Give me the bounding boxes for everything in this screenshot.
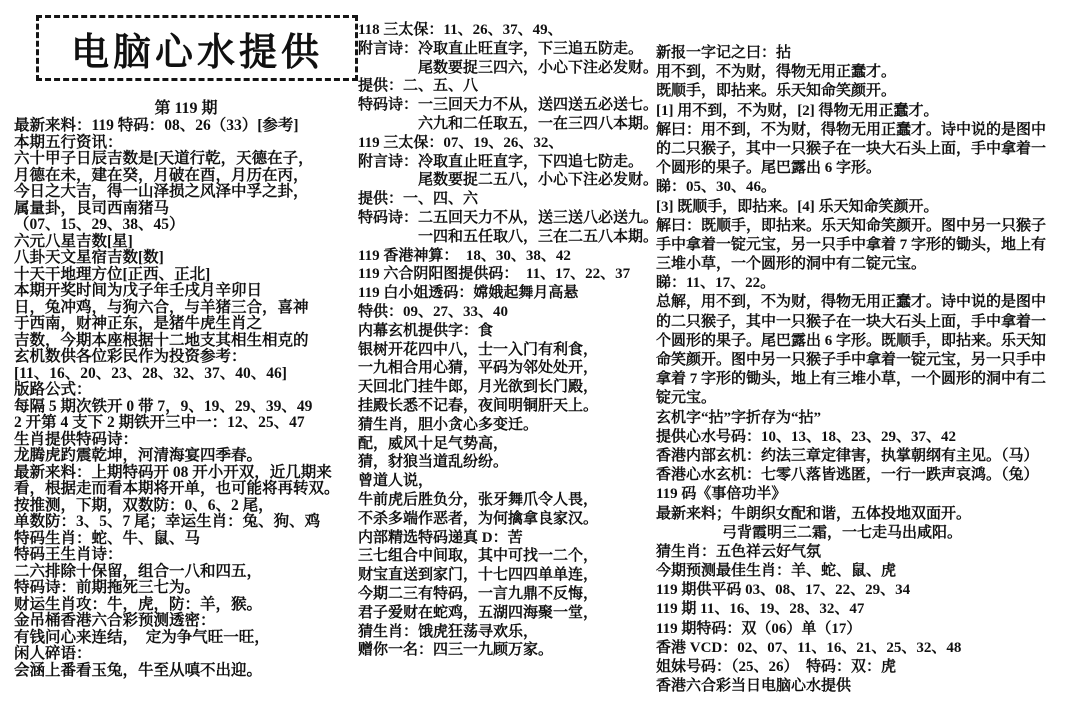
text-line: 三堆小草，一个圆形的洞中有二锭元宝。 <box>656 255 1080 274</box>
text-line: 香港六合彩当日电脑心水提供 <box>656 677 1080 696</box>
text-line: 119 期 11、16、19、28、32、47 <box>656 600 1080 619</box>
text-line: 特码王生肖诗： <box>14 547 358 564</box>
text-line: 拿着 7 字形的锄头，地上有三堆小草，一个圆形的洞中有二 <box>656 370 1080 389</box>
text-line: 六九和二任取五，一在三四八本期。 <box>358 115 658 134</box>
right-column-lines: 新报一字记之曰：拈用不到，不为财，得物无用正蠢才。既顺手，即拈来。乐天知命笑颜开… <box>656 44 1080 696</box>
text-line: 属量卦，艮司西南猪马 <box>14 201 358 218</box>
middle-column-lines: 118 三太保：11、26、37、49、附言诗：冷取直止旺直字，下三追五防走。尾… <box>358 21 658 660</box>
left-column-lines: 最新来料：119 特码：08、26（33）[参考]本期五行资讯：六十甲子日辰吉数… <box>14 118 358 679</box>
text-line: （07、15、29、38、45） <box>14 217 358 234</box>
tip-sheet-page: 电脑心水提供 第 119 期 最新来料：119 特码：08、26（33）[参考]… <box>0 0 1080 712</box>
text-line: 解曰：既顺手，即拈来。乐天知命笑颜开。图中另一只猴子 <box>656 217 1080 236</box>
text-line: 个圆形的果子。尾巴露出 6 字形。 <box>656 159 1080 178</box>
text-line: 提供：二、五、八 <box>358 77 658 96</box>
text-line: 每隔 5 期次铁开 0 带 7，9、19、29、39、49 <box>14 399 358 416</box>
text-line: 本期五行资讯： <box>14 135 358 152</box>
text-line: 119 六合阴阳图提供码： 11、17、22、37 <box>358 265 658 284</box>
left-column: 最新来料：119 特码：08、26（33）[参考]本期五行资讯：六十甲子日辰吉数… <box>14 99 358 679</box>
text-line: 119 期供平码 03、08、17、22、29、34 <box>656 581 1080 600</box>
text-line: 生肖提供特码诗： <box>14 432 358 449</box>
text-line: 不杀多端作恶者，为何擒拿良家汉。 <box>358 510 658 529</box>
text-line: 命笑颜开。图中另一只猴子手中拿着一锭元宝，另一只手中 <box>656 351 1080 370</box>
text-line: 锭元宝。 <box>656 389 1080 408</box>
right-column: 新报一字记之曰：拈用不到，不为财，得物无用正蠢才。既顺手，即拈来。乐天知命笑颜开… <box>656 44 1080 696</box>
text-line: 内幕玄机提供字：食 <box>358 322 658 341</box>
text-line: 用不到，不为财，得物无用正蠢才。 <box>656 63 1080 82</box>
text-line: 特码诗：前期拖死三七为。 <box>14 580 358 597</box>
text-line: 特供：09、27、33、40 <box>358 303 658 322</box>
text-line: 特码诗：二五回天力不从，送三送八必送九。 <box>358 209 658 228</box>
text-line: 猜，豺狼当道乱纷纷。 <box>358 453 658 472</box>
text-line: 香港 VCD：02、07、11、16、21、25、32、48 <box>656 639 1080 658</box>
text-line: 119 白小姐透码：嫦娥起舞月高悬 <box>358 284 658 303</box>
text-line: 君子爱财在蛇鸡，五湖四海聚一堂， <box>358 604 658 623</box>
text-line: 单数防：3、5、7 尾；幸运生肖：兔、狗、鸡 <box>14 514 358 531</box>
text-line: 于西南，财神正东，是猪牛虎生肖之 <box>14 316 358 333</box>
text-line: 新报一字记之曰：拈 <box>656 44 1080 63</box>
text-line: 解曰：用不到，不为财，得物无用正蠢才。诗中说的是图中 <box>656 121 1080 140</box>
text-line: 有钱问心来连结， 定为争气旺一旺， <box>14 630 358 647</box>
text-line: 最新来料：119 特码：08、26（33）[参考] <box>14 118 358 135</box>
text-line: 手中拿着一锭元宝，另一只手中拿着 7 字形的锄头，地上有 <box>656 236 1080 255</box>
text-line: 尾数要捉三四六，小心下注必发财。 <box>358 59 658 78</box>
text-line: 119 码《事倍功半》 <box>656 485 1080 504</box>
text-line: 特码诗：一三回天力不从，送四送五必送七。 <box>358 96 658 115</box>
text-line: 119 香港神算： 18、30、38、42 <box>358 247 658 266</box>
text-line: 日，兔冲鸡，与狗六合，与羊猪三合，喜神 <box>14 300 358 317</box>
text-line: 一四和五任取八，三在二五八本期。 <box>358 228 658 247</box>
text-line: 香港心水玄机：七零八落皆逃匿，一行一跌声哀鸿。（兔） <box>656 466 1080 485</box>
text-line: 118 三太保：11、26、37、49、 <box>358 21 658 40</box>
text-line: 尾数要捉二五八，小心下注必发财。 <box>358 171 658 190</box>
text-line: 特码生肖：蛇、牛、鼠、马 <box>14 531 358 548</box>
text-line: 2 开第 4 支下 2 期铁开三中一：12、25、47 <box>14 415 358 432</box>
text-line: 六元八星吉数[星] <box>14 234 358 251</box>
text-line: 月德在未，建在癸，月破在酉，月历在丙， <box>14 168 358 185</box>
text-line: 牛前虎后胜负分，张牙舞爪令人畏， <box>358 491 658 510</box>
text-line: 内部精选特码递真 D：苦 <box>358 529 658 548</box>
text-line: 三七组合中间取，其中可找一二个， <box>358 547 658 566</box>
text-line: 今期二三有特码，一言九鼎不反悔， <box>358 585 658 604</box>
text-line: 香港内部玄机：约法三章定律害，执掌朝纲有主见。（马） <box>656 447 1080 466</box>
text-line: 八卦天文星宿吉数[数] <box>14 250 358 267</box>
text-line: 按推测，下期，双数防：0、6、2 尾， <box>14 498 358 515</box>
text-line: 配，威风十足气势高， <box>358 435 658 454</box>
text-line: 六十甲子日辰吉数是[天道行乾，天德在子， <box>14 151 358 168</box>
text-line: 个圆形的果子。尾巴露出 6 字形。既顺手，即拈来。乐天知 <box>656 332 1080 351</box>
text-line: 既顺手，即拈来。乐天知命笑颜开。 <box>656 82 1080 101</box>
text-line: 睇：05、30、46。 <box>656 178 1080 197</box>
text-line: 睇：11、17、22。 <box>656 274 1080 293</box>
text-line: 附言诗：冷取直止旺直字，下四追七防走。 <box>358 153 658 172</box>
text-line: 闲人碎语： <box>14 646 358 663</box>
text-line: 最新来料：上期特码开 08 开小开双，近几期来 <box>14 465 358 482</box>
text-line: 十天干地理方位[正西、正北] <box>14 267 358 284</box>
text-line: 天回北门挂牛郎，月光欲到长门殿， <box>358 378 658 397</box>
middle-column: 118 三太保：11、26、37、49、附言诗：冷取直止旺直字，下三追五防走。尾… <box>358 21 658 660</box>
text-line: 版路公式： <box>14 382 358 399</box>
text-line: 财运生肖攻：牛，虎，防：羊，猴。 <box>14 597 358 614</box>
text-line: 119 期特码：双（06）单（17） <box>656 620 1080 639</box>
text-line: [1] 用不到，不为财，[2] 得物无用正蠢才。 <box>656 102 1080 121</box>
text-line: 财宝直送到家门，十七四四单单连， <box>358 566 658 585</box>
text-line: 曾道人说， <box>358 472 658 491</box>
text-line: 一九相合用心猜，平码为邻处处开， <box>358 359 658 378</box>
text-line: 龙腾虎趵震乾坤，河清海宴四季春。 <box>14 448 358 465</box>
text-line: [3] 既顺手，即拈来。[4] 乐天知命笑颜开。 <box>656 198 1080 217</box>
text-line: 会涵上番看玉兔，牛至从嗔不出迎。 <box>14 663 358 680</box>
text-line: 玄机数供各位彩民作为投资参考： <box>14 349 358 366</box>
text-line: 的二只猴子，其中一只猴子在一块大石头上面，手中拿着一 <box>656 140 1080 159</box>
text-line: 金吊桶香港六合彩预测透密： <box>14 613 358 630</box>
text-line: 今日之大吉，得一山泽损之风泽中孚之卦， <box>14 184 358 201</box>
text-line: 最新来料；牛朗织女配和谐，五体投地双面开。 <box>656 505 1080 524</box>
title-box: 电脑心水提供 <box>36 15 358 81</box>
text-line: 附言诗：冷取直止旺直字，下三追五防走。 <box>358 40 658 59</box>
text-line: 银树开花四中八，士一入门有利食， <box>358 341 658 360</box>
text-line: 挂殿长悉不记春，夜间明铜肝天上。 <box>358 397 658 416</box>
text-line: 姐妹号码：（25、26） 特码：双：虎 <box>656 658 1080 677</box>
text-line: 猜生肖：五色祥云好气氛 <box>656 543 1080 562</box>
text-line: 今期预测最佳生肖：羊、蛇、鼠、虎 <box>656 562 1080 581</box>
text-line: 119 三太保：07、19、26、32、 <box>358 134 658 153</box>
text-line: 本期开奖时间为戊子年壬戌月辛卯日 <box>14 283 358 300</box>
text-line: 的二只猴子，其中一只猴子在一块大石头上面，手中拿着一 <box>656 313 1080 332</box>
text-line: 赠你一名：四三一九顾万家。 <box>358 641 658 660</box>
text-line: 提供心水号码：10、13、18、23、29、37、42 <box>656 428 1080 447</box>
text-line: 玄机字“拈”字折存为“拈” <box>656 409 1080 428</box>
text-line: 弓背霞明三二霜，一七走马出咸阳。 <box>656 524 1080 543</box>
text-line: 猜生肖：饿虎狂荡寻欢乐， <box>358 623 658 642</box>
text-line: [11、16、20、23、28、32、37、40、46] <box>14 366 358 383</box>
text-line: 提供：一、四、六 <box>358 190 658 209</box>
text-line: 总解，用不到，不为财，得物无用正蠢才。诗中说的是图中 <box>656 293 1080 312</box>
text-line: 猜生肖，胆小贪心多变迁。 <box>358 416 658 435</box>
page-title: 电脑心水提供 <box>71 21 323 76</box>
text-line: 二六排除十保留，组合一八和四五， <box>14 564 358 581</box>
text-line: 看，根据走而看本期将开单，也可能将再转双。 <box>14 481 358 498</box>
text-line: 吉数，今期本座根据十二地支其相生相克的 <box>14 333 358 350</box>
